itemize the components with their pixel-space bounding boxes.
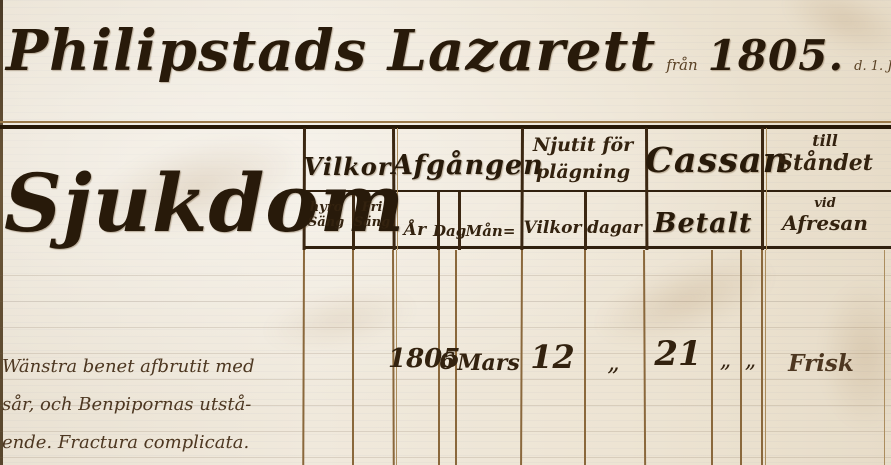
subheader-betalt: Betalt xyxy=(645,208,761,239)
document-title: Philipstads Lazarett från 1805. d. 1. Ja… xyxy=(6,18,891,84)
row-standet: Frisk xyxy=(766,350,876,377)
row-dagar-ditto: „ xyxy=(584,348,643,376)
subheader-fri-line1: Fri xyxy=(352,200,392,215)
ledger-page: Philipstads Lazarett från 1805. d. 1. Ja… xyxy=(0,0,891,465)
afresan-line2: Afresan xyxy=(761,211,889,235)
subheader-fri-line2: Säng xyxy=(352,215,392,230)
row-year: 1805 xyxy=(388,344,440,374)
title-middle: d. 1. Janii til Samma tid xyxy=(854,59,891,74)
subheader-hyro-line1: hyro xyxy=(301,200,351,215)
subheader-afresan: vid Afresan xyxy=(761,196,889,235)
subheader-ar: År xyxy=(392,220,438,240)
column-header-standet: till Ståndet xyxy=(761,131,889,176)
column-header-forplagning: Njutit för plägning xyxy=(521,132,645,186)
standet-line2: Ståndet xyxy=(761,150,889,176)
data-line-11 xyxy=(761,250,763,465)
row-sjukdom-line1: Wänstra benet afbrutit med xyxy=(2,348,302,386)
row-betalt-ditto2: „ xyxy=(740,348,761,373)
title-rule-dark xyxy=(0,125,891,129)
afresan-line1: vid xyxy=(761,196,889,211)
row-day: 6 xyxy=(436,348,458,375)
subheader-hyro-sang: hyro Säng xyxy=(301,200,351,230)
title-year-start: 1805. xyxy=(708,31,845,80)
row-betalt-ditto1: „ xyxy=(711,348,740,373)
subheader-man: Mån= xyxy=(460,222,521,240)
col-line-dag-man xyxy=(458,192,461,250)
forplagning-line1: Njutit för xyxy=(521,132,645,159)
row-sjukdom-text: Wänstra benet afbrutit med sår, och Benp… xyxy=(2,348,302,462)
title-from-word: från xyxy=(666,56,697,74)
column-header-vilkor: Vilkor xyxy=(303,152,392,181)
row-month: Mars xyxy=(456,350,521,376)
row-sjukdom-line3: ende. Fractura complicata. xyxy=(2,424,302,462)
subheader-dag: Dag xyxy=(433,222,461,240)
data-line-2 xyxy=(352,250,354,465)
subheader-hyro-line2: Säng xyxy=(301,215,351,230)
data-line-right-edge xyxy=(884,250,885,465)
row-betalt: 21 xyxy=(645,334,711,374)
subheader-dagar: dagar xyxy=(584,218,645,238)
column-header-afgangen: Afgången xyxy=(392,150,521,181)
standet-line1: till xyxy=(761,131,889,150)
title-main: Philipstads Lazarett xyxy=(6,18,656,84)
row-vilkor-dagar: 12 xyxy=(521,338,584,376)
subheader-fri-sang: Fri Säng xyxy=(352,200,392,230)
subheader-vilkor: Vilkor xyxy=(521,218,584,238)
title-rule-light xyxy=(0,121,891,123)
row-sjukdom-line2: sår, och Benpipornas utstå- xyxy=(2,386,302,424)
column-header-cassan: Cassan xyxy=(645,140,761,181)
forplagning-line2: plägning xyxy=(521,159,645,186)
